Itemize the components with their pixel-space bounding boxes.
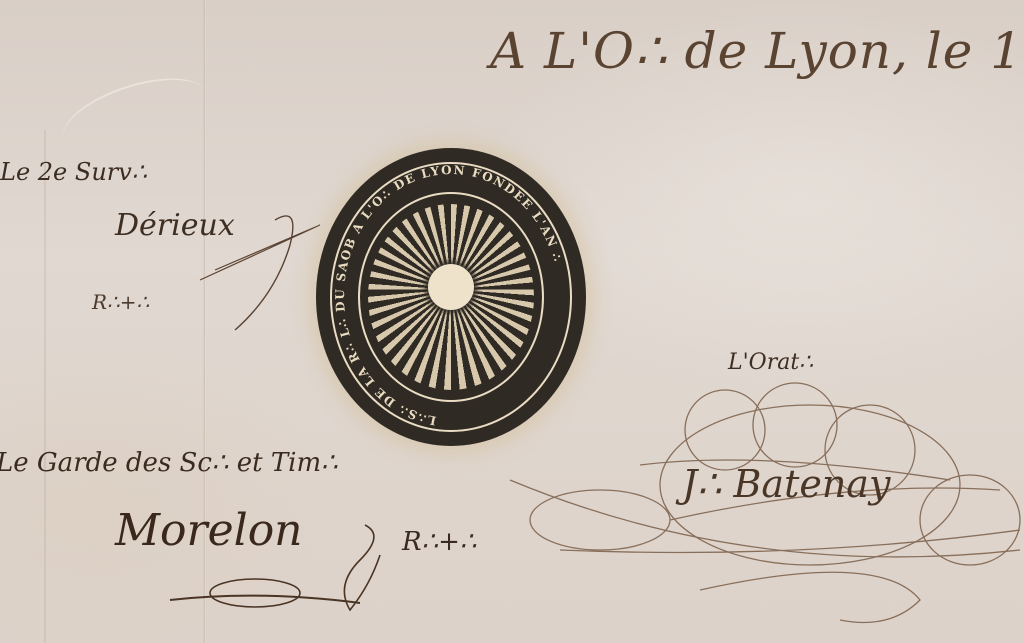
role-label-garde-des-sceaux: Le Garde des Sc∴ et Tim∴	[0, 448, 338, 478]
rank-mark-derieux: R∴+∴	[92, 290, 149, 314]
signature-flourish-batenay	[500, 370, 1024, 643]
role-label-second-surveillant: Le 2e Surv∴	[0, 158, 147, 186]
paper-fold-line-left	[44, 130, 46, 643]
signature-flourish-morelon	[160, 515, 400, 625]
rank-mark-morelon: R∴+∴	[402, 527, 476, 557]
document-heading: A L'O∴ de Lyon, le 15	[490, 22, 1024, 80]
signature-flourish-derieux	[180, 205, 330, 335]
signature-batenay: J∴ Batenay	[682, 462, 890, 506]
